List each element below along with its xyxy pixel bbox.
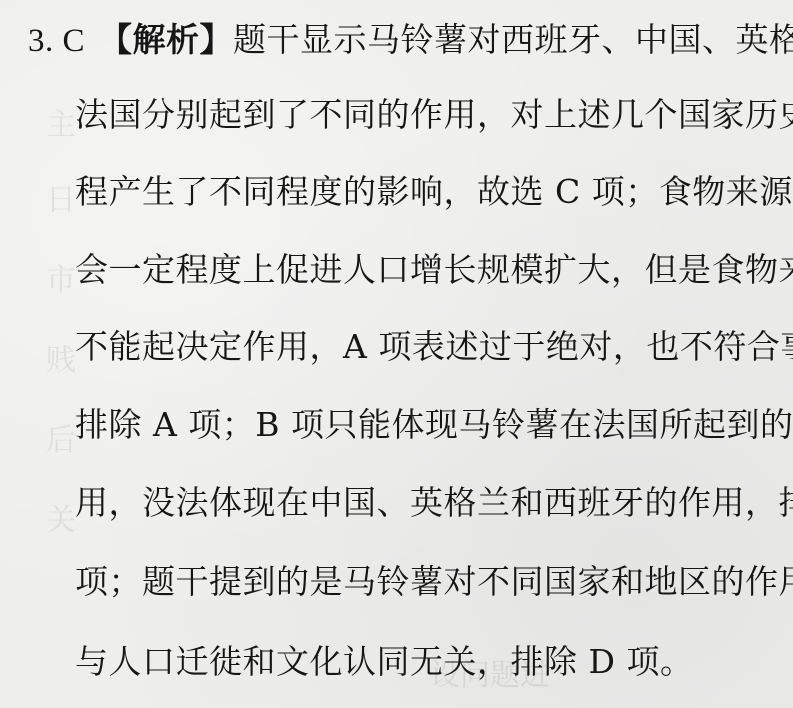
show-through-mark: 贱 [46,335,76,379]
show-through-mark: 主 [46,100,76,144]
line-text: 会一定程度上促进人口增长规模扩大，但是食物来源 [75,250,793,289]
line-text: 法国分别起到了不同的作用，对上述几个国家历史进 [75,95,793,134]
scanned-page: 主 日 市 贱 后 关 设问题进 3. C【解析】题干显示马铃薯对西班牙、中国、… [0,0,793,708]
line-text: 用，没法体现在中国、英格兰和西班牙的作用，排除 B [75,483,793,522]
text-line-1: 3. C【解析】题干显示马铃薯对西班牙、中国、英格兰、 [28,20,793,61]
text-line-2: 法国分别起到了不同的作用，对上述几个国家历史进 [75,95,793,135]
text-line-4: 会一定程度上促进人口增长规模扩大，但是食物来源 [75,250,793,290]
line-text: 项；题干提到的是马铃薯对不同国家和地区的作用， [75,562,793,601]
line-text: 与人口迁徙和文化认同无关，排除 D 项。 [75,642,693,681]
text-line-6: 排除 A 项；B 项只能体现马铃薯在法国所起到的作 [75,405,793,445]
line-text: 不能起决定作用，A 项表述过于绝对，也不符合事实， [75,327,793,366]
text-line-7: 用，没法体现在中国、英格兰和西班牙的作用，排除 B [75,483,793,523]
analysis-tag: 【解析】 [99,20,233,59]
text-line-3: 程产生了不同程度的影响，故选 C 项；食物来源增加 [75,172,793,212]
text-line-9: 与人口迁徙和文化认同无关，排除 D 项。 [75,642,693,682]
text-line-5: 不能起决定作用，A 项表述过于绝对，也不符合事实， [75,327,793,367]
show-through-mark: 市 [46,255,76,299]
question-number: 3. C [28,21,85,61]
line-text: 题干显示马铃薯对西班牙、中国、英格兰、 [233,20,793,59]
text-line-8: 项；题干提到的是马铃薯对不同国家和地区的作用， [75,562,793,602]
show-through-mark: 关 [46,495,76,539]
show-through-mark: 后 [46,415,76,459]
line-text: 程产生了不同程度的影响，故选 C 项；食物来源增加 [75,172,793,211]
show-through-mark: 日 [46,175,76,219]
line-text: 排除 A 项；B 项只能体现马铃薯在法国所起到的作 [75,405,793,444]
